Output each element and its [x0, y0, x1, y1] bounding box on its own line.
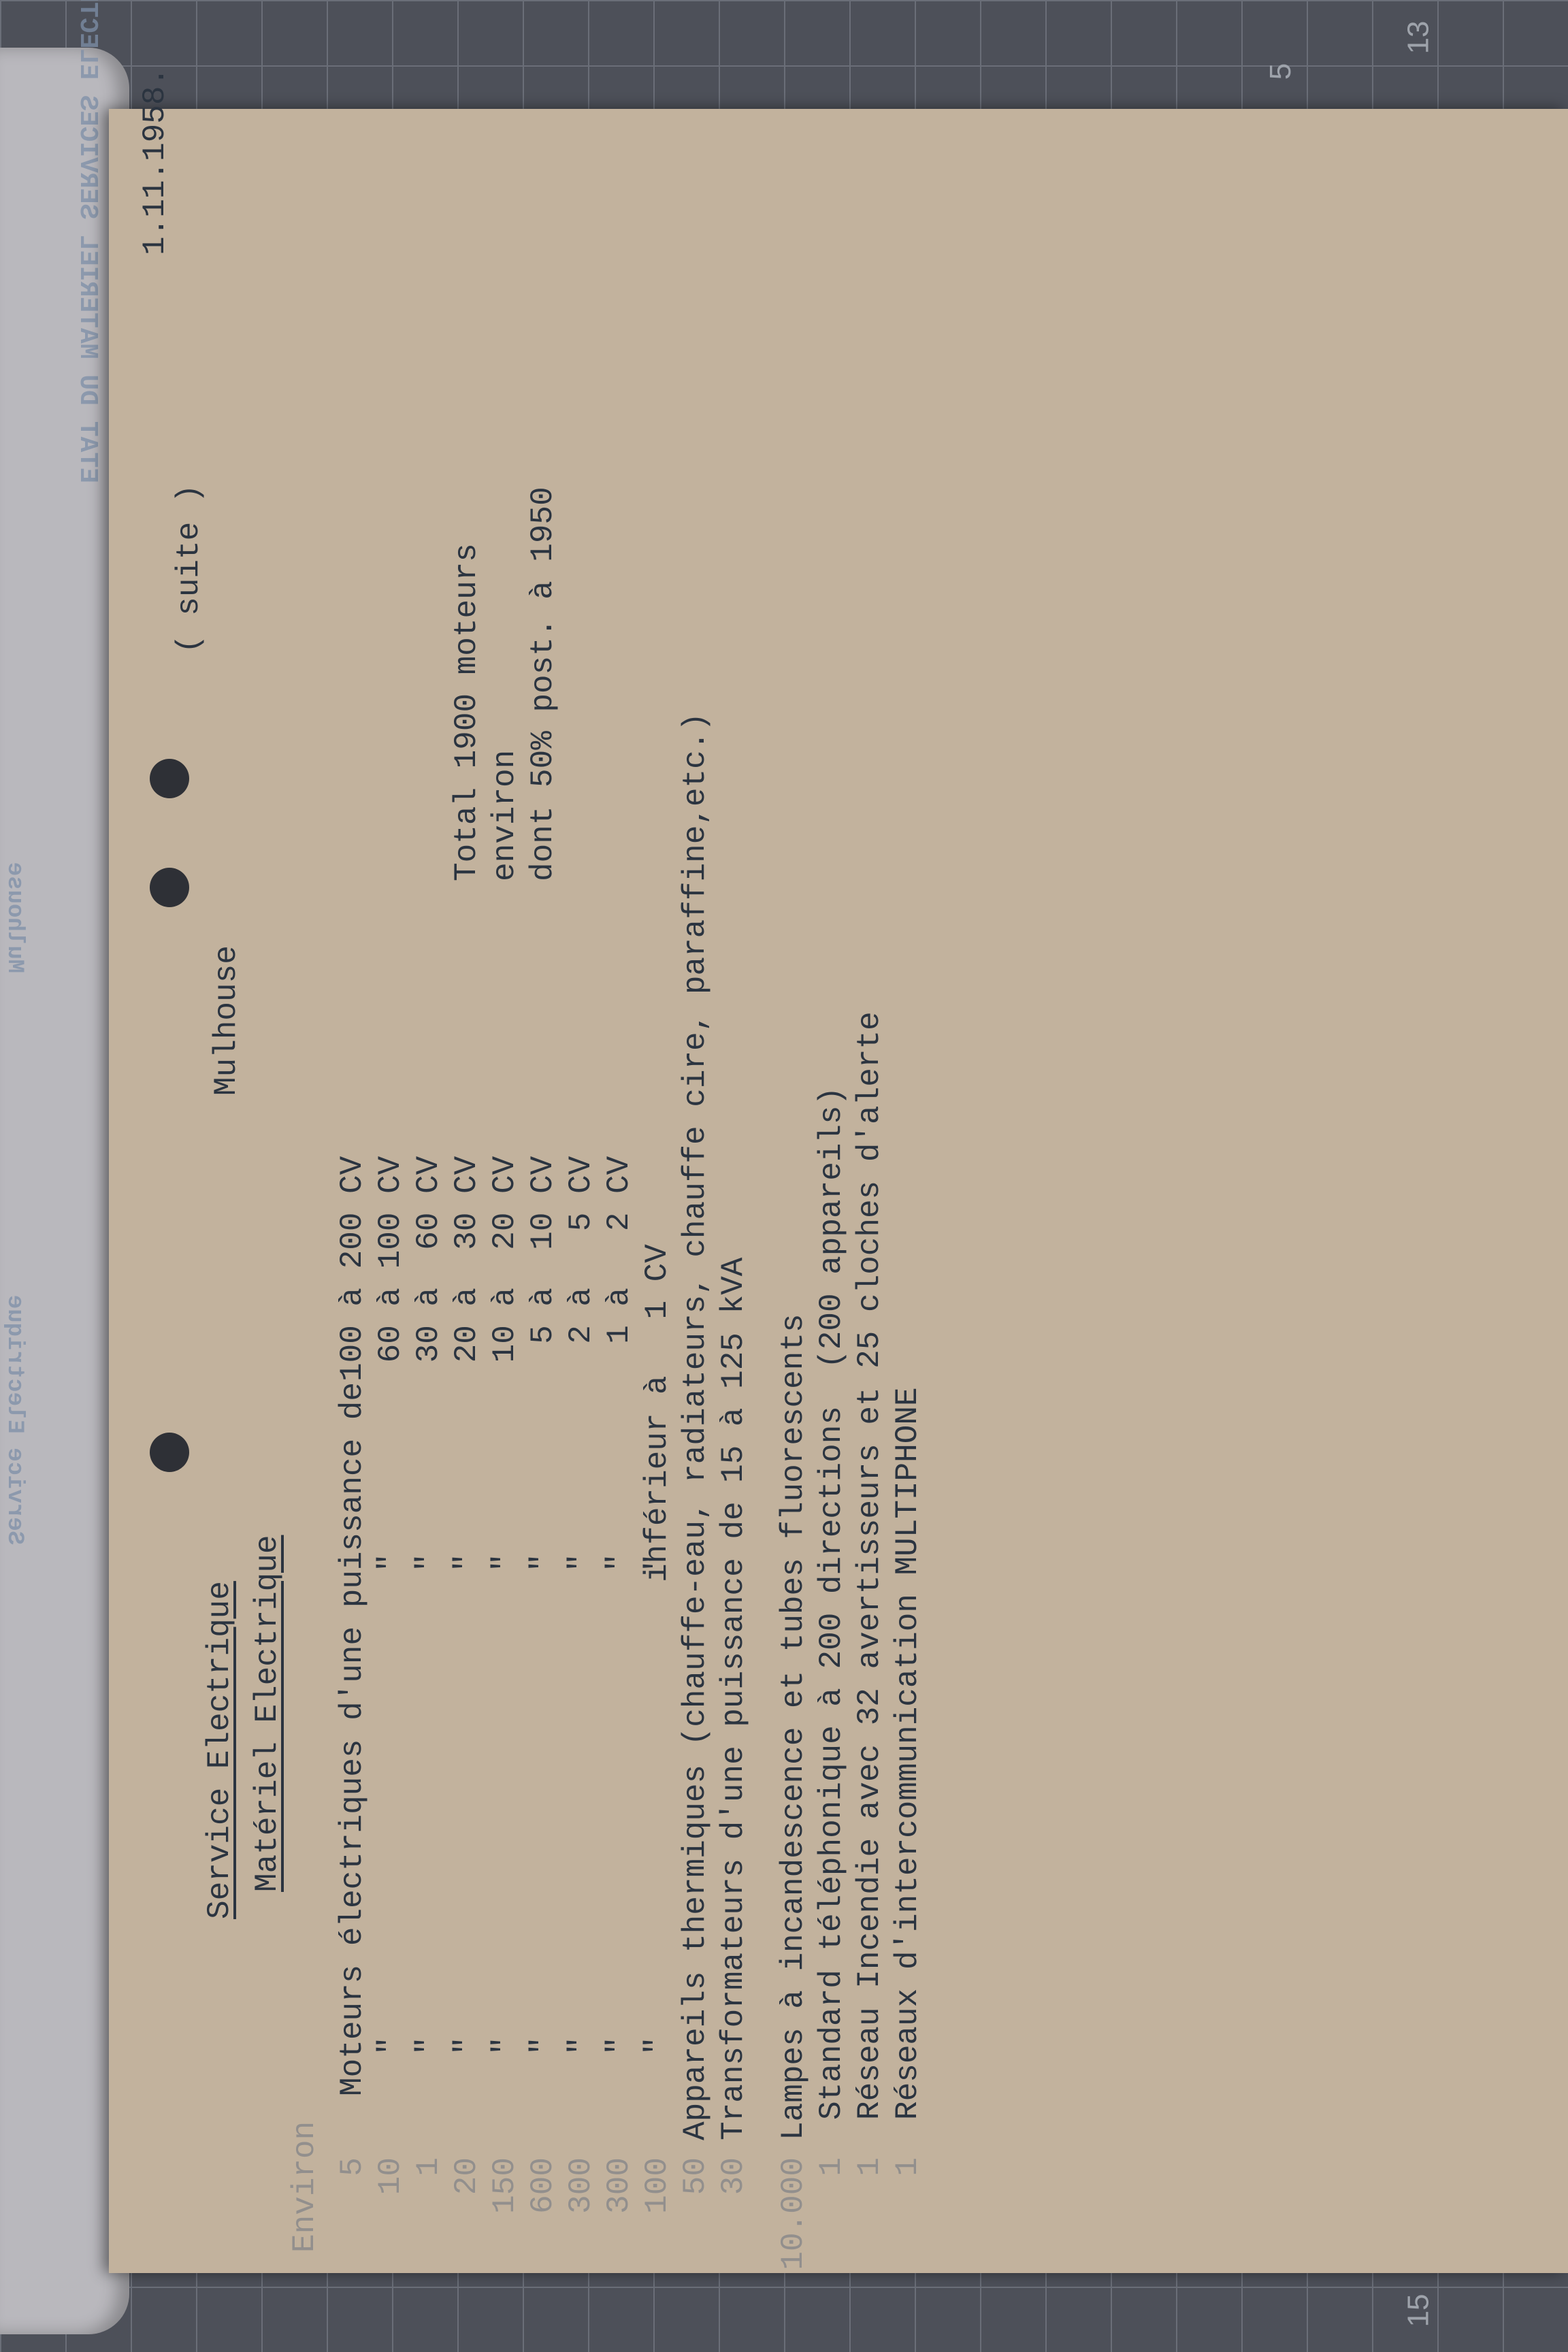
motor-qty: 300	[600, 2157, 638, 2273]
ditto-mark: "	[486, 2036, 524, 2055]
item-qty: 1	[851, 2157, 889, 2273]
item-text: Réseaux d'intercommunication MULTIPHONE	[889, 1387, 927, 2120]
item-text: Réseau Incendie avec 32 avertisseurs et …	[851, 1011, 889, 2120]
ghost-service: Service Electrique	[1, 1295, 27, 1545]
ditto-mark: "	[600, 2036, 638, 2055]
motor-qty: 20	[448, 2157, 486, 2273]
ditto-mark: "	[410, 1553, 448, 1572]
city-label: Mulhouse	[208, 945, 246, 1096]
motor-qty: 5	[333, 2157, 372, 2273]
motor-qty: 300	[562, 2157, 600, 2273]
ghost-title: ETAT DU MATERIEL SERVICES ELECTRIQUE ET …	[73, 0, 102, 483]
item-text: Standard téléphonique à 200 directions (…	[813, 1087, 851, 2120]
item-text: Appareils thermiques (chauffe-eau, radia…	[676, 713, 715, 2140]
item-qty: 50	[676, 2157, 715, 2273]
ditto-mark: "	[486, 1553, 524, 1572]
motor-label: Moteurs électriques d'une puissance de	[333, 1382, 372, 2096]
item-text: Transformateurs d'une puissance de 15 à …	[715, 1258, 753, 2140]
ditto-mark: "	[372, 1553, 410, 1572]
ditto-mark: "	[410, 2036, 448, 2055]
motor-range: 2 à 5 CV	[562, 1156, 600, 1382]
motor-qty: 600	[524, 2157, 562, 2273]
motor-range: 1 à 2 CV	[600, 1156, 638, 1382]
motor-range: 5 à 10 CV	[524, 1156, 562, 1382]
total-note-line: dont 50% post. à 1950	[524, 487, 562, 881]
ruler-mark: 5	[1264, 63, 1298, 80]
ditto-mark: "	[372, 2036, 410, 2055]
item-qty: 10.000	[774, 2157, 813, 2273]
motor-range: inférieur à 1 CV	[638, 1244, 676, 1582]
subtitle-heading: Matériel Electrique	[248, 1535, 287, 1893]
service-heading: Service Electrique	[201, 1581, 239, 1919]
motor-range: 60 à 100 CV	[372, 1156, 410, 1382]
ruler-mark: 15	[1401, 2294, 1435, 2327]
motor-qty: 150	[486, 2157, 524, 2273]
total-note-line: environ	[486, 750, 524, 881]
total-note-line: Total 1900 moteurs	[448, 543, 486, 881]
item-text: Lampes à incandescence et tubes fluoresc…	[774, 1313, 813, 2140]
motor-qty: 100	[638, 2157, 676, 2273]
motor-range: 20 à 30 CV	[448, 1156, 486, 1382]
motor-qty: 10	[372, 2157, 410, 2273]
document-date: 1.11.1958.	[136, 67, 174, 255]
typed-content: 1.11.1958. ( suite ) Mulhouse Service El…	[109, 95, 1538, 2273]
ditto-mark: "	[600, 1553, 638, 1572]
ditto-mark: "	[524, 2036, 562, 2055]
item-qty: 1	[889, 2157, 927, 2273]
ditto-mark: "	[448, 1553, 486, 1572]
item-qty: 30	[715, 2157, 753, 2273]
motor-qty: 1	[410, 2157, 448, 2273]
motor-range: 30 à 60 CV	[410, 1156, 448, 1382]
column-label: Environ	[286, 2121, 324, 2253]
ditto-mark: "	[562, 1553, 600, 1572]
motor-range: 10 à 20 CV	[486, 1156, 524, 1382]
item-qty: 1	[813, 2157, 851, 2273]
ditto-mark: "	[448, 2036, 486, 2055]
motor-range: 100 à 200 CV	[333, 1156, 372, 1382]
ditto-mark: "	[638, 2036, 676, 2055]
ditto-mark: "	[524, 1553, 562, 1572]
suite-label: ( suite )	[170, 485, 208, 653]
ruler-mark: 13	[1401, 21, 1435, 54]
ditto-mark: "	[562, 2036, 600, 2055]
ghost-city: Mulhouse	[1, 862, 27, 973]
